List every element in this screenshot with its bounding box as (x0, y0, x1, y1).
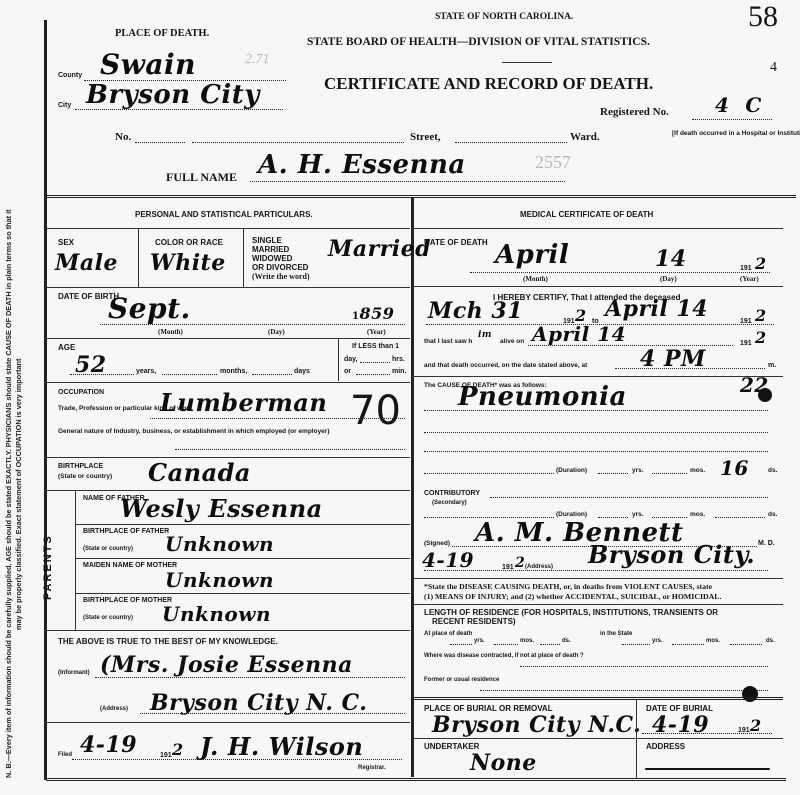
center-divider (411, 197, 414, 777)
burial-address-value[interactable] (645, 768, 770, 770)
time-of-death[interactable]: 4 PM (640, 346, 706, 372)
medical-section-title: MEDICAL CERTIFICATE OF DEATH (520, 210, 653, 219)
place-of-death-label: PLACE OF DEATH. (115, 28, 209, 39)
marital-labels: SINGLE MARRIED WIDOWED OR DIVORCED (Writ… (252, 236, 310, 281)
race-value[interactable]: White (150, 250, 226, 276)
footnote: *State the DISEASE CAUSING DEATH, or, in… (424, 582, 721, 602)
cause-of-death[interactable]: Pneumonia (458, 382, 627, 412)
marital-value[interactable]: Married (328, 236, 431, 262)
registrar-signature[interactable]: J. H. Wilson (200, 732, 363, 761)
margin-instructions: N. B.—Every item of information should b… (4, 0, 24, 790)
father-name-value[interactable]: Wesly Essenna (120, 494, 323, 523)
pencil-mark: 2.71 (245, 52, 270, 68)
birthplace-value[interactable]: Canada (148, 458, 251, 487)
title-rule (502, 62, 552, 63)
filed-date[interactable]: 4-19 (80, 732, 137, 758)
hospital-note: [If death occurred in a Hospital or Inst… (672, 130, 776, 139)
registered-superscript: 4 (770, 60, 777, 76)
city-value[interactable]: Bryson City (86, 80, 260, 110)
statement-label: THE ABOVE IS TRUE TO THE BEST OF MY KNOW… (58, 637, 278, 646)
page-number: 58 (748, 0, 778, 34)
registered-no-label: Registered No. (600, 106, 669, 118)
registered-no-value[interactable]: 4C (715, 93, 762, 117)
pencil-number: 2557 (535, 152, 571, 173)
sex-value[interactable]: Male (55, 250, 118, 276)
mother-birthplace-value[interactable]: Unknown (162, 602, 271, 626)
personal-section-title: PERSONAL AND STATISTICAL PARTICULARS. (135, 210, 313, 219)
parents-label: PARENTS (42, 534, 54, 600)
certificate-title: CERTIFICATE AND RECORD OF DEATH. (324, 74, 653, 94)
residence-title: LENGTH OF RESIDENCE (FOR HOSPITALS, INST… (424, 608, 718, 626)
duration-days[interactable]: 16 (720, 456, 749, 480)
undertaker-value[interactable]: None (470, 750, 537, 776)
informant-value[interactable]: (Mrs. Josie Essenna (100, 652, 353, 678)
board-title: STATE BOARD OF HEALTH—DIVISION OF VITAL … (307, 36, 650, 48)
last-saw-date[interactable]: April 14 (532, 322, 626, 346)
occupation-value[interactable]: Lumberman (160, 388, 327, 417)
full-name-label: FULL NAME (166, 170, 237, 185)
county-value[interactable]: Swain (100, 48, 196, 81)
attended-to[interactable]: April 14 (605, 296, 708, 322)
left-border (44, 20, 47, 780)
informant-address-value[interactable]: Bryson City N. C. (150, 690, 367, 716)
father-birthplace-value[interactable]: Unknown (165, 532, 274, 556)
header-divider (46, 195, 796, 198)
state-title: STATE OF NORTH CAROLINA. (435, 12, 573, 22)
burial-date[interactable]: 4-19 (652, 712, 709, 738)
dob-year[interactable]: 1859 (352, 304, 394, 323)
physician-address[interactable]: Bryson City. (588, 540, 755, 569)
bottom-border (46, 778, 786, 781)
mother-name-value[interactable]: Unknown (165, 568, 274, 592)
full-name-value[interactable]: A. H. Essenna (258, 150, 466, 180)
burial-place[interactable]: Bryson City N.C. (432, 712, 641, 738)
signed-date[interactable]: 4-19 (422, 548, 474, 572)
dod-month[interactable]: April (495, 240, 569, 270)
dob-month[interactable]: Sept. (108, 292, 191, 325)
attended-from[interactable]: Mch 31 (428, 298, 523, 324)
ink-blot (758, 388, 772, 402)
dod-day[interactable]: 14 (655, 246, 687, 272)
occupation-code: 70 (350, 388, 401, 434)
